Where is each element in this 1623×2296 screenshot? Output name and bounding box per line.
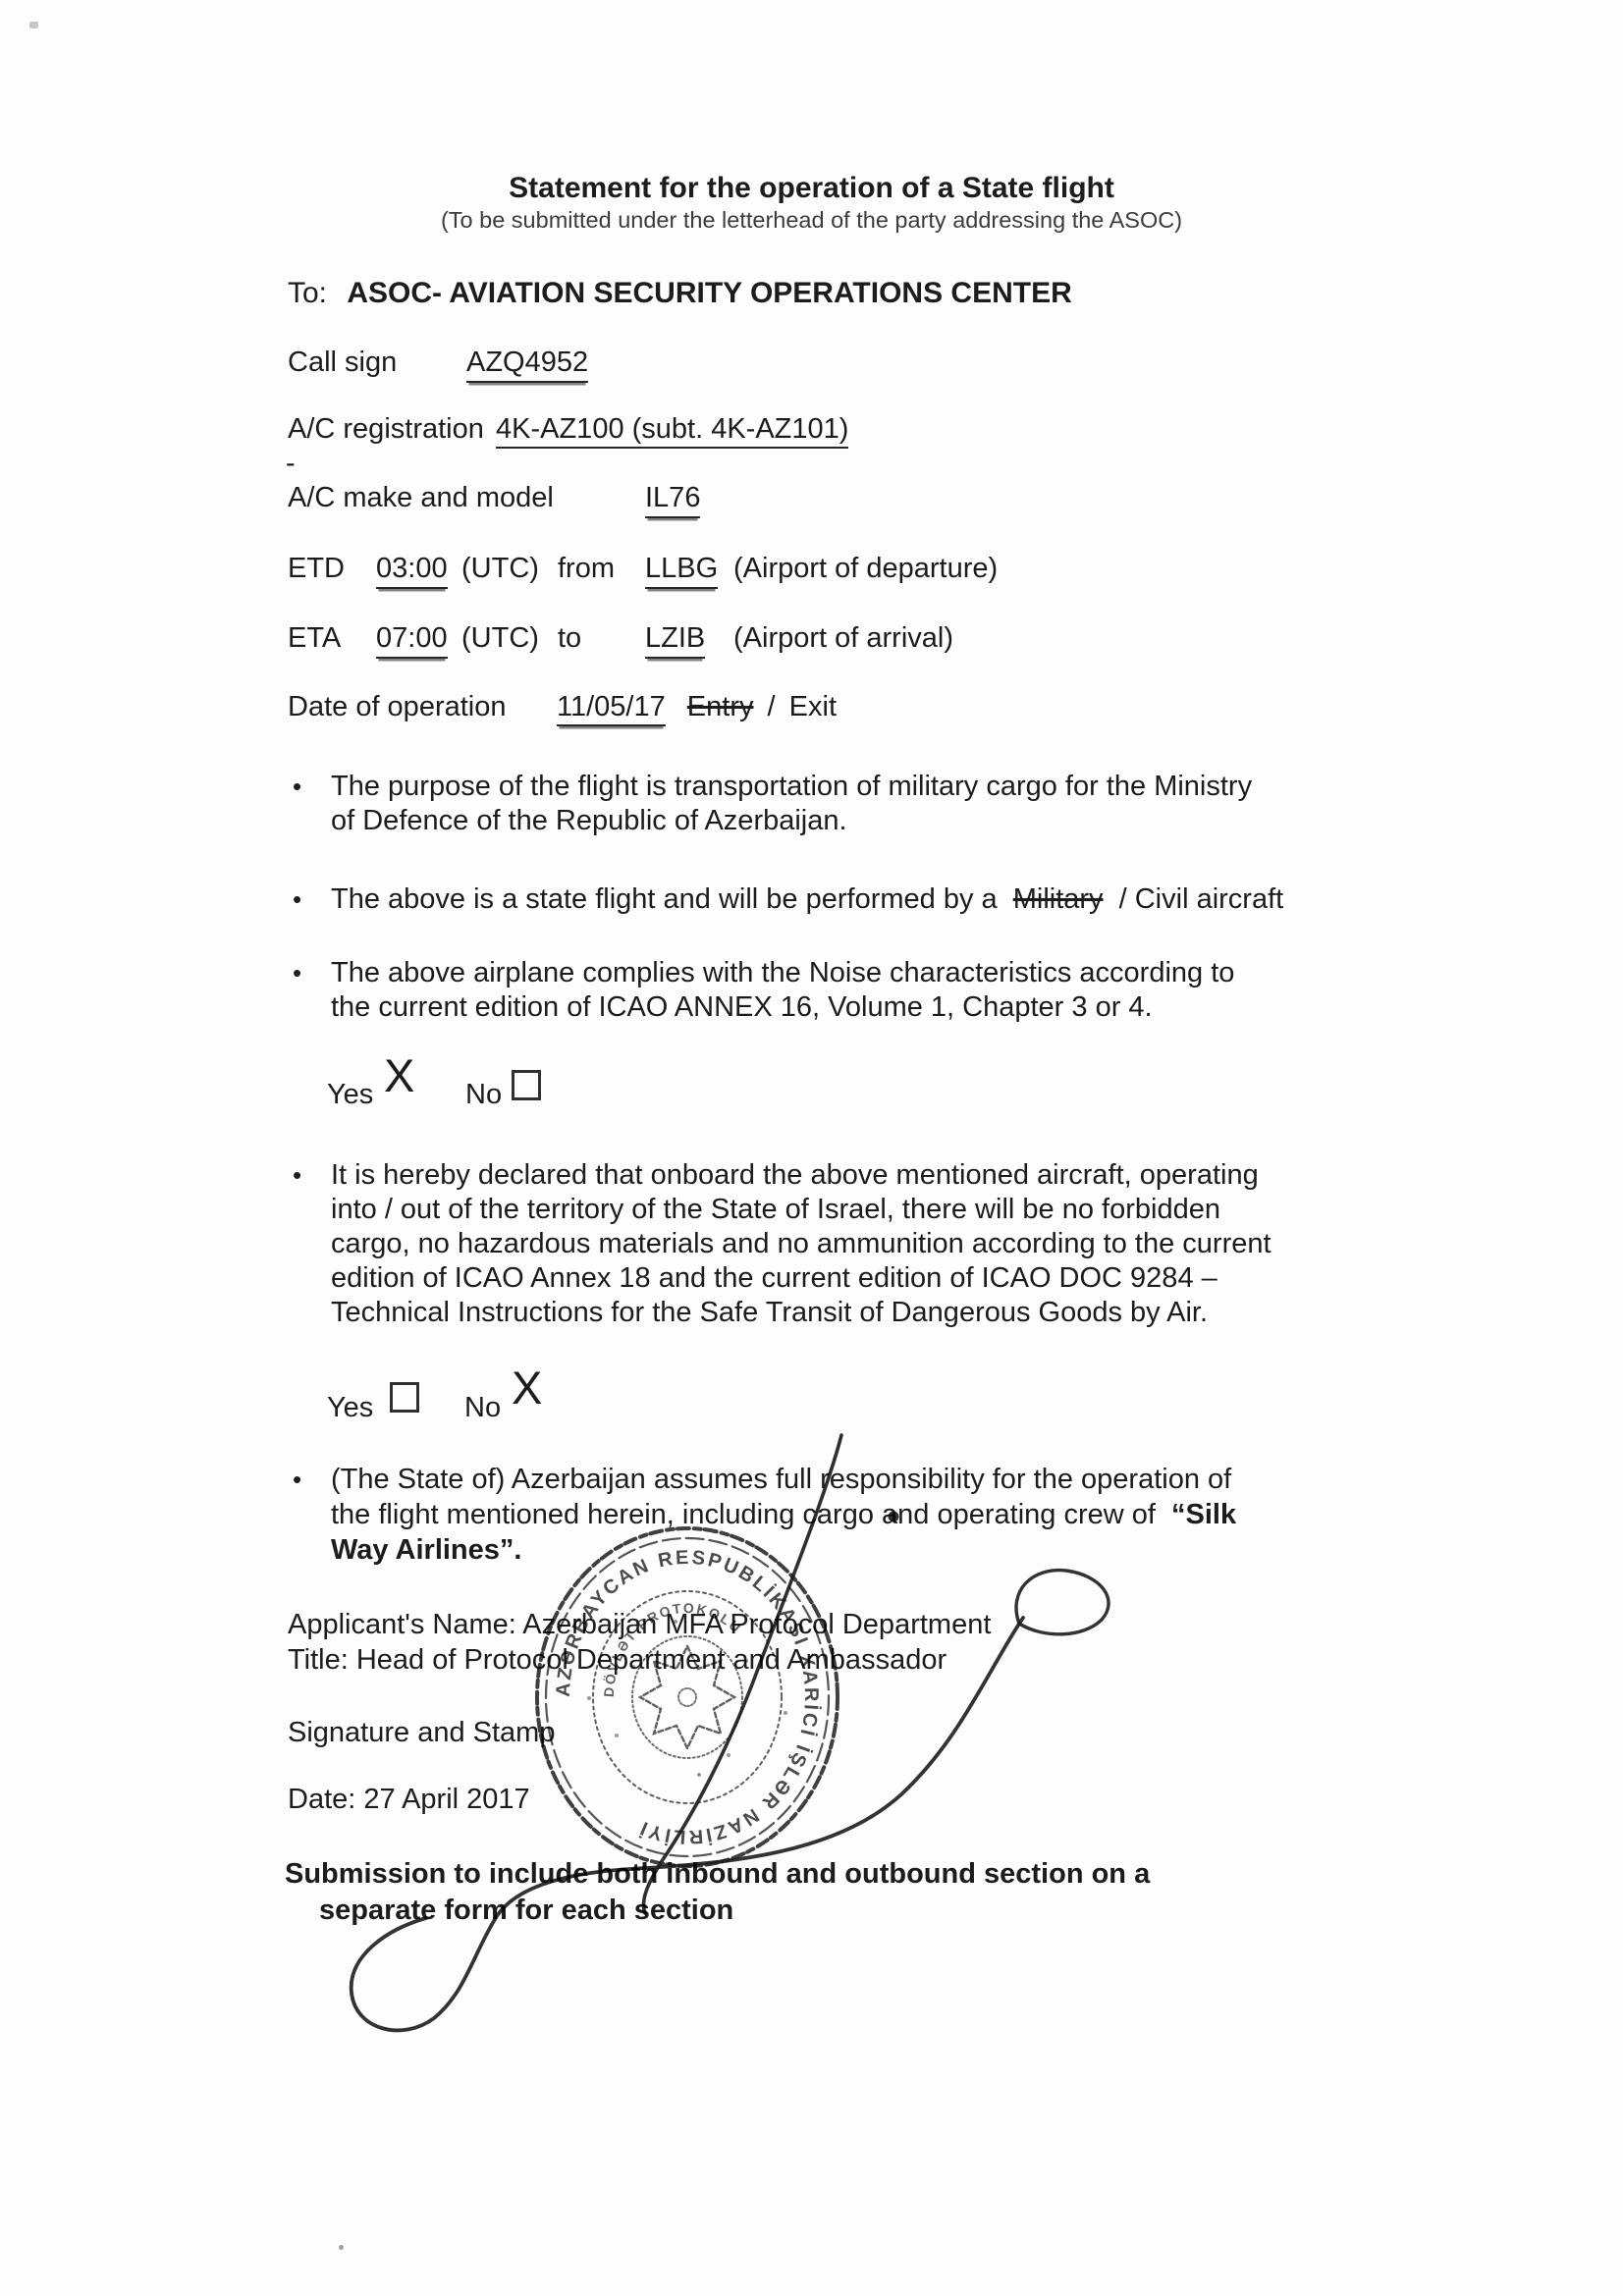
etd-airport-desc: (Airport of departure) [733,552,998,585]
signature-curl [1016,1571,1109,1634]
bullet-icon: • [293,772,301,802]
submission-note-line-1: Submission to include both inbound and o… [285,1857,1150,1891]
noise-no-checkbox-icon [512,1070,541,1100]
bullet-2-text-post: / Civil aircraft [1119,883,1284,915]
stamp-ring-text: AZƏRBAYCAN RESPUBLİKASI XARİCİ İŞLƏR NAZ… [553,1547,823,1847]
etd-airport-code: LLBG [645,552,718,589]
scan-speck [339,2245,344,2250]
cargo-no-x-mark: X [512,1364,542,1411]
date-of-operation-value: 11/05/17 [557,691,666,726]
make-model-value: IL76 [645,481,700,518]
stamp-outer-ring-2 [546,1538,829,1856]
eta-airport-code: LZIB [645,621,705,659]
cargo-no-label: No [464,1391,501,1424]
eta-utc: (UTC) [461,621,539,655]
stray-dash-mark: - [286,447,296,480]
eta-airport-desc: (Airport of arrival) [733,621,953,655]
etd-utc: (UTC) [461,552,539,585]
bullet-icon: • [293,884,301,915]
bullet-5-line-3: Way Airlines”. [331,1533,521,1567]
recipient-label: To: [288,277,327,309]
etd-label: ETD [288,552,345,585]
bullet-3-line-1: The above airplane complies with the Noi… [331,956,1234,989]
scanned-document-page: Statement for the operation of a State f… [0,0,1623,2296]
page-title: Statement for the operation of a State f… [0,171,1623,205]
bullet-2-military-struck: Military [1013,883,1104,915]
cargo-yes-checkbox-icon [390,1382,419,1413]
eta-label: ETA [288,621,341,655]
bullet-icon: • [293,1465,301,1495]
signature-flourish [352,1618,1023,2030]
date-line: Date: 27 April 2017 [288,1783,530,1816]
page-subtitle: (To be submitted under the letterhead of… [0,207,1623,234]
date-entry-struck: Entry [687,691,754,722]
bullet-4-line-5: Technical Instructions for the Safe Tran… [331,1296,1208,1329]
bullet-icon: • [293,1160,301,1191]
bullet-5-line-2: the flight mentioned herein, including c… [331,1498,1236,1531]
applicant-title-line: Title: Head of Protocol Department and A… [288,1643,947,1677]
signature-and-stamp-label: Signature and Stamp [288,1716,555,1749]
recipient-line: To: ASOC- AVIATION SECURITY OPERATIONS C… [288,276,1072,310]
bullet-4-line-4: edition of ICAO Annex 18 and the current… [331,1261,1217,1295]
bullet-5-line-1: (The State of) Azerbaijan assumes full r… [331,1463,1231,1496]
make-model-label: A/C make and model [288,481,554,514]
bullet-1-line-1: The purpose of the flight is transportat… [331,770,1252,803]
stamp-outer-ring [537,1528,838,1866]
bullet-5-silk-bold: “Silk [1171,1499,1236,1530]
registration-label: A/C registration [288,412,484,446]
stamp-center-dot [678,1688,696,1706]
bullet-4-line-2: into / out of the territory of the State… [331,1193,1220,1226]
applicant-name-line: Applicant's Name: Azerbaijan MFA Protoco… [288,1608,991,1641]
date-separator: / [768,691,776,722]
bullet-icon: • [293,958,301,988]
etd-time: 03:00 [376,552,448,589]
submission-note-line-2: separate form for each section [319,1894,733,1927]
date-of-operation-row: 11/05/17 Entry / Exit [557,690,837,723]
call-sign-label: Call sign [288,346,397,379]
eta-conn: to [558,621,581,655]
registration-value: 4K-AZ100 (subt. 4K-AZ101) [496,412,848,449]
noise-yes-x-mark: X [384,1052,414,1098]
scan-speck [29,22,38,28]
call-sign-value: AZQ4952 [466,346,588,383]
bullet-4-line-1: It is hereby declared that onboard the a… [331,1158,1259,1192]
bullet-5-line-2-text: the flight mentioned herein, including c… [331,1499,1156,1530]
bullet-3-line-2: the current edition of ICAO ANNEX 16, Vo… [331,990,1153,1024]
bullet-2-text: The above is a state flight and will be … [331,883,998,915]
bullet-4-line-3: cargo, no hazardous materials and no amm… [331,1227,1271,1260]
eta-time: 07:00 [376,621,448,659]
bullet-2-line: The above is a state flight and will be … [331,882,1283,916]
noise-yes-label: Yes [327,1078,373,1111]
etd-conn: from [558,552,615,585]
cargo-yes-label: Yes [327,1391,373,1424]
noise-no-label: No [465,1078,502,1111]
date-exit: Exit [789,691,837,722]
bullet-1-line-2: of Defence of the Republic of Azerbaijan… [331,804,847,837]
recipient-value: ASOC- AVIATION SECURITY OPERATIONS CENTE… [347,277,1071,309]
date-of-operation-label: Date of operation [288,690,506,723]
